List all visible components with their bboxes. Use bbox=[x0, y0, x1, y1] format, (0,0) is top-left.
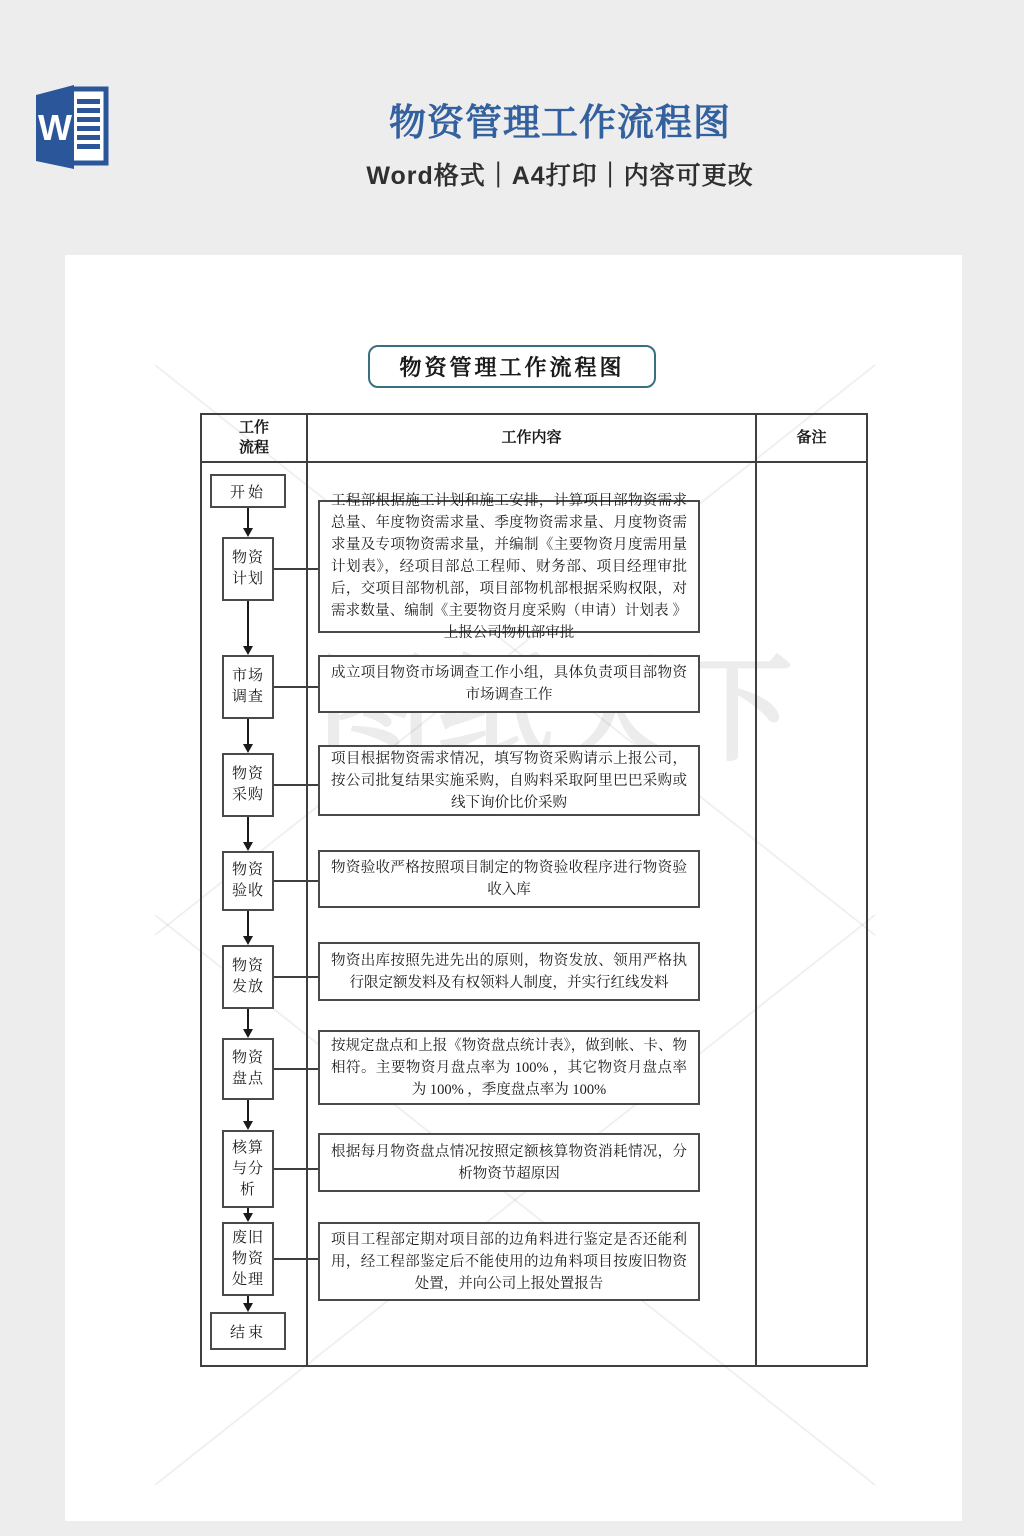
flow-step-box: 物资 盘点 bbox=[222, 1038, 274, 1100]
flow-start: 开始 bbox=[210, 474, 286, 508]
connector-line bbox=[274, 686, 318, 688]
flow-arrow bbox=[247, 719, 249, 744]
document-page: 图纸天下 物资管理工作流程图 工作 流程 工作内容 备注 开始 物资 计划 市场… bbox=[65, 255, 962, 1521]
content-box: 项目工程部定期对项目部的边角料进行鉴定是否还能利用，经工程部鉴定后不能使用的边角… bbox=[318, 1222, 700, 1301]
column-header-flow: 工作 流程 bbox=[202, 415, 306, 461]
table-header-rule bbox=[202, 461, 866, 463]
arrow-down-icon bbox=[243, 1303, 253, 1312]
content-box: 成立项目物资市场调查工作小组，具体负责项目部物资市场调查工作 bbox=[318, 655, 700, 713]
flow-step-box: 市场 调查 bbox=[222, 655, 274, 719]
content-text: 根据每月物资盘点情况按照定额核算物资消耗情况，分析物资节超原因 bbox=[331, 1141, 687, 1185]
connector-line bbox=[274, 1168, 318, 1170]
flow-step-box: 核算 与分 析 bbox=[222, 1130, 274, 1208]
connector-line bbox=[274, 784, 318, 786]
flow-step-box: 废旧 物资 处理 bbox=[222, 1222, 274, 1296]
connector-line bbox=[274, 880, 318, 882]
flow-arrow bbox=[247, 1100, 249, 1121]
content-box: 物资验收严格按照项目制定的物资验收程序进行物资验收入库 bbox=[318, 850, 700, 908]
content-text: 物资出库按照先进先出的原则，物资发放、领用严格执行限定额发料及有权领料人制度，并… bbox=[331, 950, 687, 994]
flow-step-box: 物资 计划 bbox=[222, 537, 274, 601]
flow-arrow bbox=[247, 601, 249, 646]
connector-line bbox=[274, 1258, 318, 1260]
column-header-remarks: 备注 bbox=[757, 415, 866, 461]
content-box: 项目根据物资需求情况，填写物资采购请示上报公司，按公司批复结果实施采购，自购料采… bbox=[318, 745, 700, 816]
header-title: 物资管理工作流程图 bbox=[130, 92, 990, 146]
content-box: 根据每月物资盘点情况按照定额核算物资消耗情况，分析物资节超原因 bbox=[318, 1133, 700, 1192]
word-logo-letter: W bbox=[38, 107, 72, 148]
screen: W 物资管理工作流程图 Word格式｜A4打印｜内容可更改 图纸天下 物资管理工… bbox=[0, 0, 1024, 1536]
table-divider bbox=[755, 415, 757, 1365]
arrow-down-icon bbox=[243, 646, 253, 655]
flow-arrow bbox=[247, 1296, 249, 1303]
arrow-down-icon bbox=[243, 744, 253, 753]
flow-step-box: 物资 发放 bbox=[222, 945, 274, 1009]
content-box: 物资出库按照先进先出的原则，物资发放、领用严格执行限定额发料及有权领料人制度，并… bbox=[318, 942, 700, 1001]
arrow-down-icon bbox=[243, 1121, 253, 1130]
arrow-down-icon bbox=[243, 528, 253, 537]
flow-arrow bbox=[247, 817, 249, 842]
flow-step-box: 物资 采购 bbox=[222, 753, 274, 817]
flow-step-label: 物资 采购 bbox=[232, 764, 264, 806]
flow-arrow bbox=[247, 508, 249, 528]
document-title-text: 物资管理工作流程图 bbox=[399, 351, 624, 382]
content-box: 按规定盘点和上报《物资盘点统计表》，做到帐、卡、物相符。主要物资月盘点率为 10… bbox=[318, 1030, 700, 1105]
flow-step-label: 物资 验收 bbox=[232, 860, 264, 902]
flow-end-label: 结束 bbox=[230, 1321, 266, 1342]
connector-line bbox=[274, 568, 318, 570]
arrow-down-icon bbox=[243, 1213, 253, 1222]
flow-arrow bbox=[247, 911, 249, 936]
arrow-down-icon bbox=[243, 936, 253, 945]
document-title: 物资管理工作流程图 bbox=[368, 345, 656, 388]
flow-step-label: 物资 计划 bbox=[232, 548, 264, 590]
content-text: 工程部根据施工计划和施工安排，计算项目部物资需求总量、年度物资需求量、季度物资需… bbox=[331, 490, 687, 644]
flow-step-label: 市场 调查 bbox=[232, 666, 264, 708]
content-text: 成立项目物资市场调查工作小组，具体负责项目部物资市场调查工作 bbox=[331, 662, 687, 706]
flow-step-label: 物资 发放 bbox=[232, 956, 264, 998]
flow-step-label: 物资 盘点 bbox=[232, 1048, 264, 1090]
content-text: 物资验收严格按照项目制定的物资验收程序进行物资验收入库 bbox=[331, 857, 687, 901]
flow-arrow bbox=[247, 1009, 249, 1029]
flow-step-label: 废旧 物资 处理 bbox=[232, 1228, 264, 1291]
flow-step-box: 物资 验收 bbox=[222, 851, 274, 911]
connector-line bbox=[274, 976, 318, 978]
content-text: 项目根据物资需求情况，填写物资采购请示上报公司，按公司批复结果实施采购，自购料采… bbox=[331, 748, 687, 814]
arrow-down-icon bbox=[243, 1029, 253, 1038]
content-text: 项目工程部定期对项目部的边角料进行鉴定是否还能利用，经工程部鉴定后不能使用的边角… bbox=[331, 1229, 687, 1295]
arrow-down-icon bbox=[243, 842, 253, 851]
flow-end: 结束 bbox=[210, 1312, 286, 1350]
flow-start-label: 开始 bbox=[230, 481, 266, 502]
column-header-content: 工作内容 bbox=[308, 415, 755, 461]
word-logo-icon: W bbox=[33, 82, 111, 172]
content-text: 按规定盘点和上报《物资盘点统计表》，做到帐、卡、物相符。主要物资月盘点率为 10… bbox=[331, 1035, 687, 1101]
content-box: 工程部根据施工计划和施工安排，计算项目部物资需求总量、年度物资需求量、季度物资需… bbox=[318, 500, 700, 633]
connector-line bbox=[274, 1068, 318, 1070]
header-subtitle: Word格式｜A4打印｜内容可更改 bbox=[130, 156, 990, 192]
flow-step-label: 核算 与分 析 bbox=[232, 1138, 264, 1201]
table-divider bbox=[306, 415, 308, 1365]
